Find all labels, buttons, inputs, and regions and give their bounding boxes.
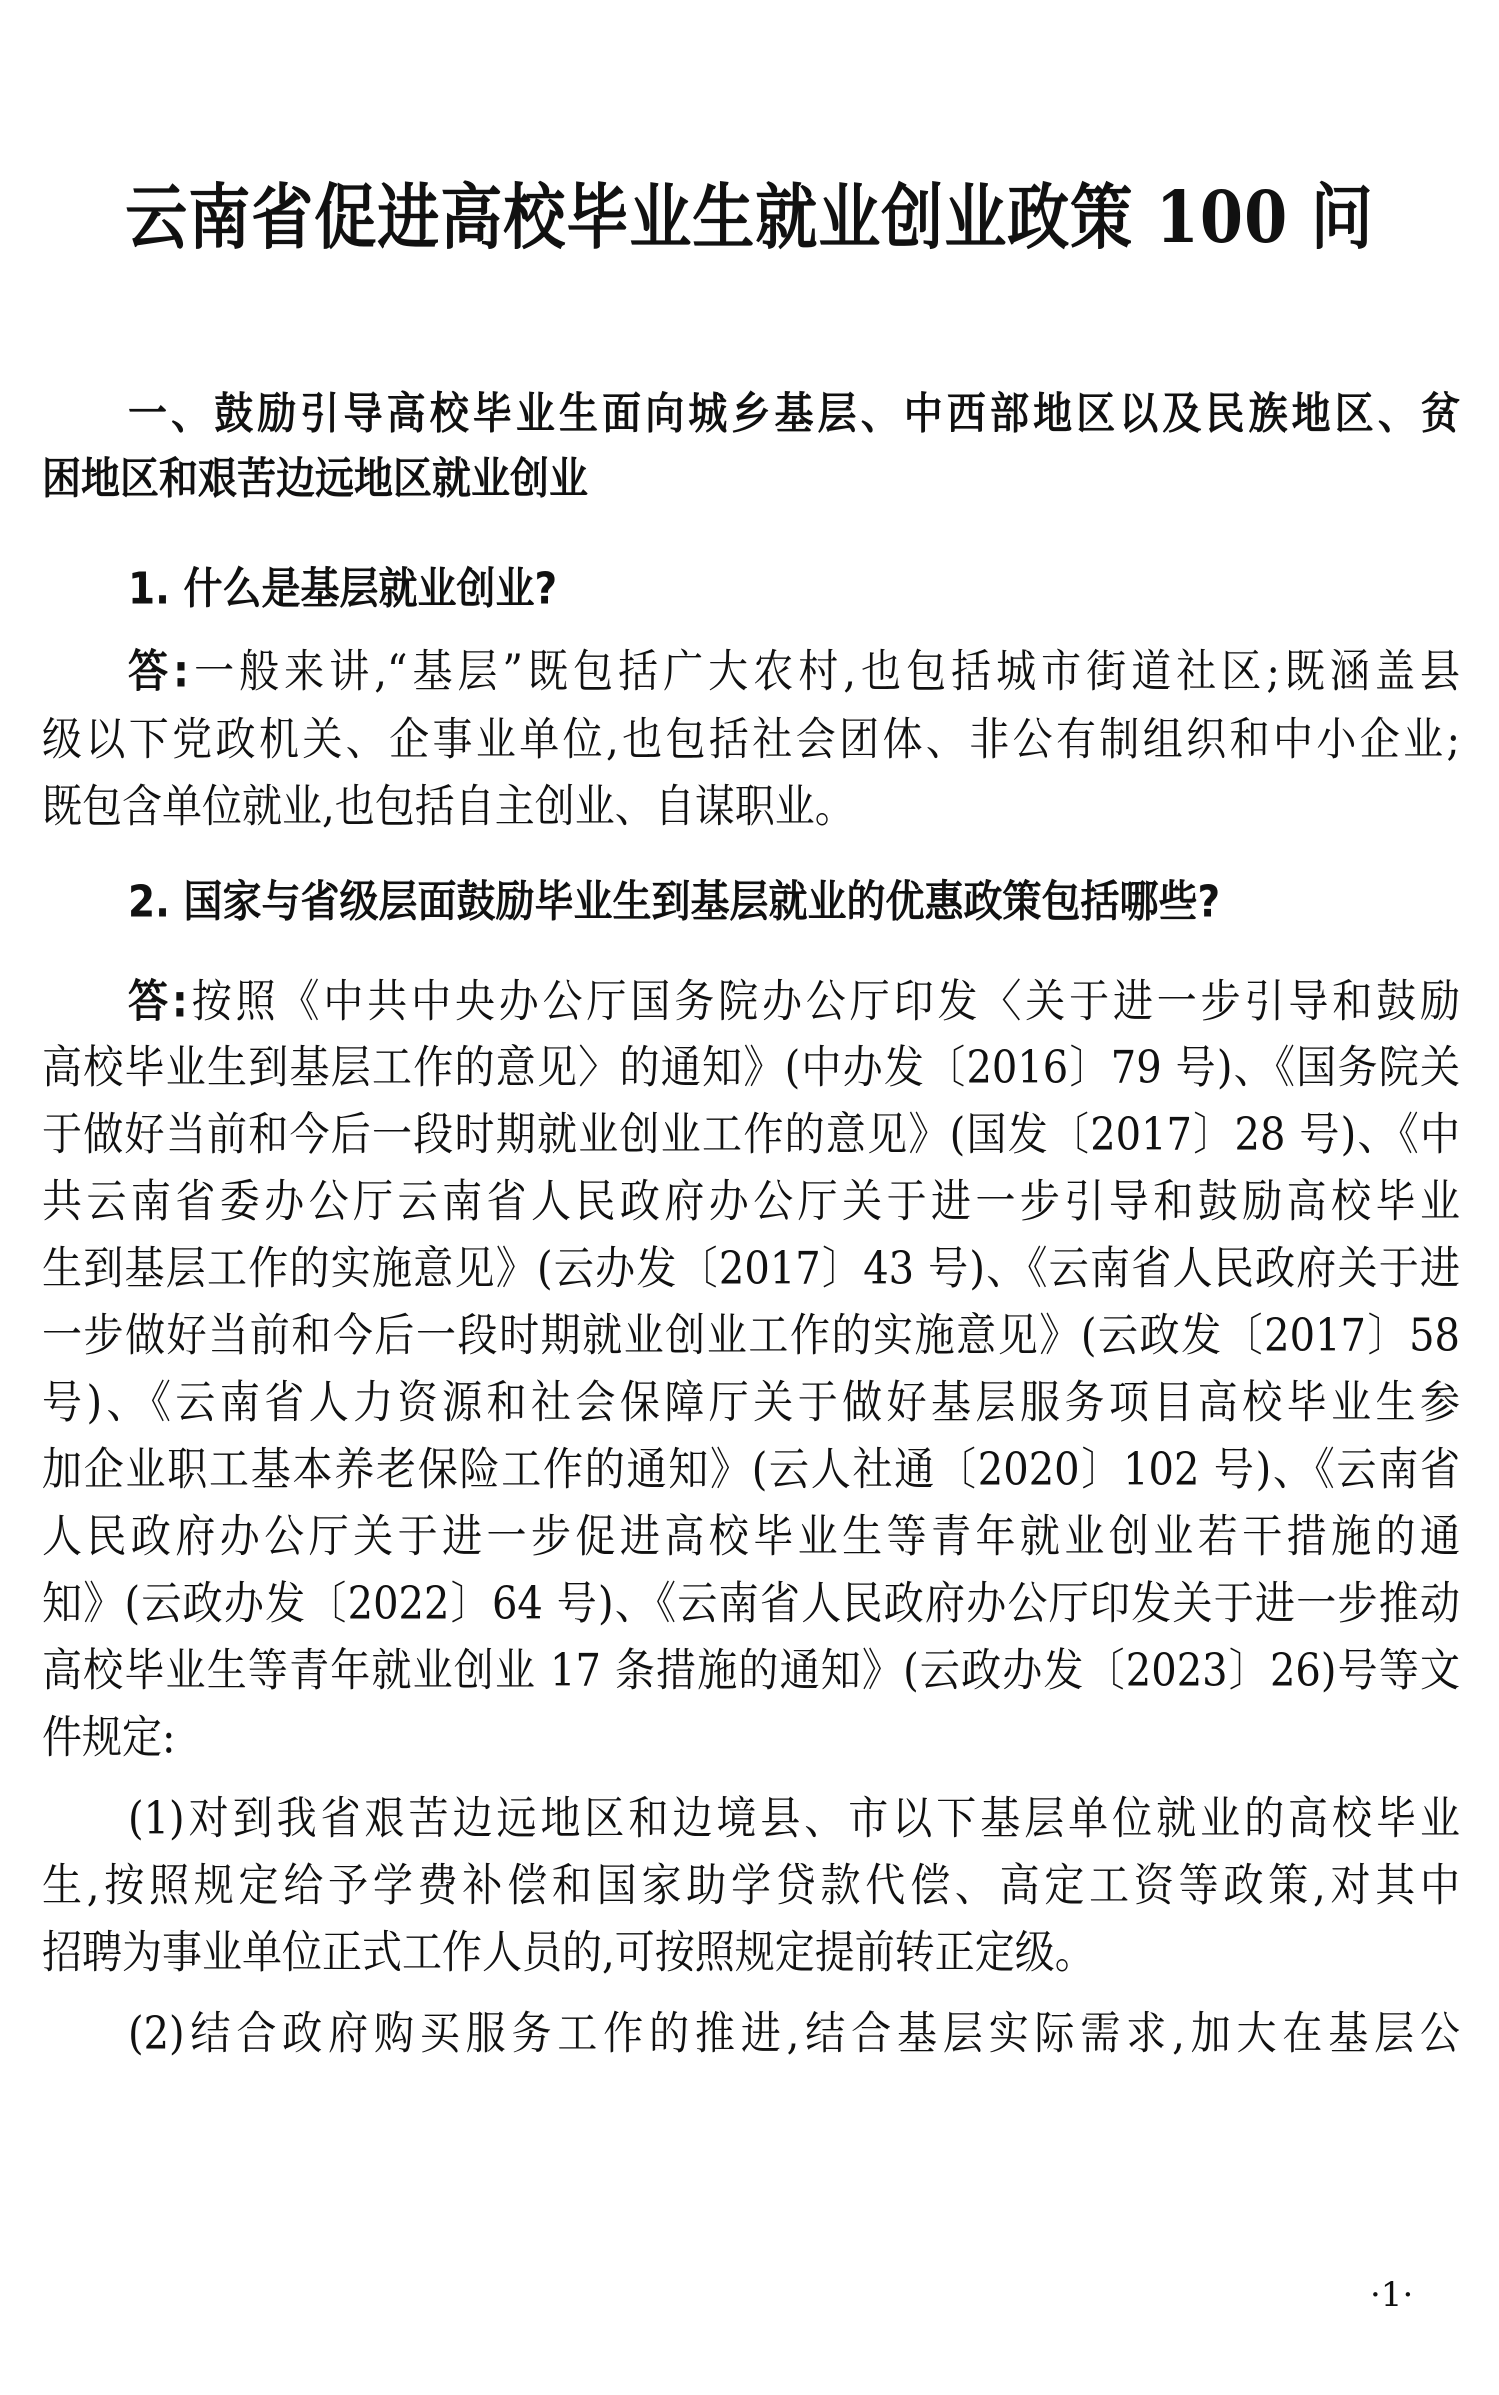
policy-item-1-line: (1)对到我省艰苦边远地区和边境县、市以下基层单位就业的高校毕业 bbox=[128, 1788, 1460, 1851]
policy-item-1-line: 生,按照规定给予学费补偿和国家助学贷款代偿、高定工资等政策,对其中 bbox=[42, 1855, 1460, 1918]
answer-label: 答: bbox=[128, 646, 189, 698]
q1-answer-line: 既包含单位就业,也包括自主创业、自谋职业。 bbox=[42, 776, 1460, 839]
q2-answer-line: 答:按照《中共中央办公厅国务院办公厅印发〈关于进一步引导和鼓励 bbox=[128, 971, 1460, 1034]
q2-answer-line: 人民政府办公厅关于进一步促进高校毕业生等青年就业创业若干措施的通 bbox=[42, 1506, 1460, 1569]
section-heading-line: 困地区和艰苦边远地区就业创业 bbox=[42, 449, 1460, 512]
page-number: ·1· bbox=[1370, 2275, 1413, 2315]
question-2: 2. 国家与省级层面鼓励毕业生到基层就业的优惠政策包括哪些? bbox=[128, 872, 1460, 935]
question-1: 1. 什么是基层就业创业? bbox=[128, 559, 1460, 622]
policy-item-1-line: 招聘为事业单位正式工作人员的,可按照规定提前转正定级。 bbox=[42, 1922, 1460, 1985]
q2-answer-line: 知》(云政办发〔2022〕64 号)、《云南省人民政府办公厅印发关于进一步推动 bbox=[42, 1573, 1460, 1636]
q2-answer-line: 共云南省委办公厅云南省人民政府办公厅关于进一步引导和鼓励高校毕业 bbox=[42, 1171, 1460, 1234]
q2-answer-line: 一步做好当前和今后一段时期就业创业工作的实施意见》(云政发〔2017〕58 bbox=[42, 1305, 1460, 1368]
q2-answer-line: 号)、《云南省人力资源和社会保障厅关于做好基层服务项目高校毕业生参 bbox=[42, 1372, 1460, 1435]
q2-answer-line: 件规定: bbox=[42, 1707, 1460, 1770]
q2-answer-line: 高校毕业生等青年就业创业 17 条措施的通知》(云政办发〔2023〕26)号等文 bbox=[42, 1640, 1460, 1703]
q2-answer-line: 加企业职工基本养老保险工作的通知》(云人社通〔2020〕102 号)、《云南省 bbox=[42, 1439, 1460, 1502]
q2-answer-line: 于做好当前和今后一段时期就业创业工作的意见》(国发〔2017〕28 号)、《中 bbox=[42, 1104, 1460, 1167]
document-page: 云南省促进高校毕业生就业创业政策 100 问 一、鼓励引导高校毕业生面向城乡基层… bbox=[0, 0, 1499, 2395]
q2-answer-line: 生到基层工作的实施意见》(云办发〔2017〕43 号)、《云南省人民政府关于进 bbox=[42, 1238, 1460, 1301]
section-heading-line: 一、鼓励引导高校毕业生面向城乡基层、中西部地区以及民族地区、贫 bbox=[128, 384, 1460, 447]
answer-label: 答: bbox=[128, 976, 188, 1028]
document-title: 云南省促进高校毕业生就业创业政策 100 问 bbox=[0, 172, 1499, 264]
policy-item-2-line: (2)结合政府购买服务工作的推进,结合基层实际需求,加大在基层公 bbox=[128, 2003, 1460, 2066]
q1-answer-line: 级以下党政机关、企事业单位,也包括社会团体、非公有制组织和中小企业; bbox=[42, 709, 1460, 772]
q1-answer-line: 答:一般来讲,“基层”既包括广大农村,也包括城市街道社区;既涵盖县 bbox=[128, 641, 1460, 704]
q2-answer-line: 高校毕业生到基层工作的意见〉的通知》(中办发〔2016〕79 号)、《国务院关 bbox=[42, 1037, 1460, 1100]
